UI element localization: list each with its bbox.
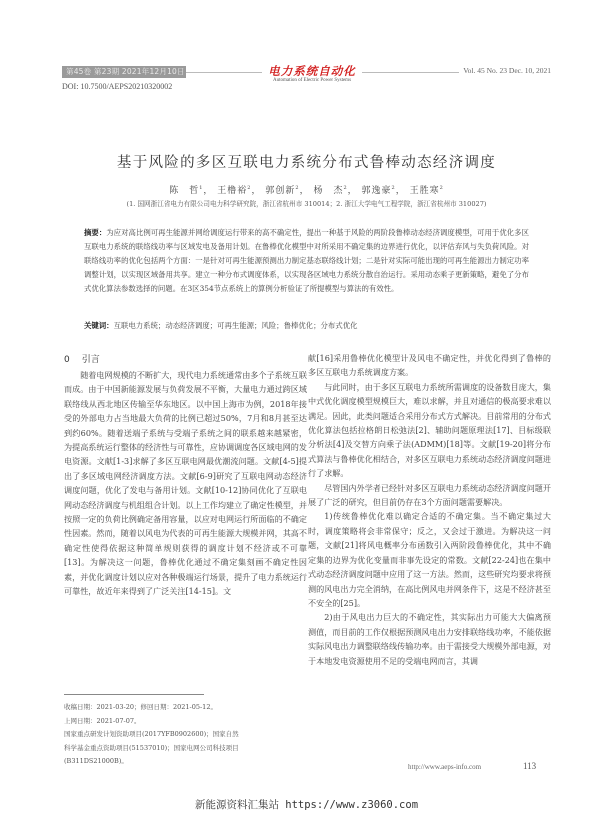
body-column-left: 随着电网规模的不断扩大，现代电力系统通常由多个子系统互联而成。由于中国新能源发展…: [64, 368, 307, 599]
author: 郭创新2: [265, 186, 299, 196]
journal-logo-cn: 电力系统自动化: [262, 63, 362, 79]
paragraph: 与此同时，由于多区互联电力系统所需调度的设备数目庞大，集中式优化调度模型规模巨大…: [308, 380, 551, 481]
body-column-right: 献[16]采用鲁棒优化模型计及风电不确定性，并优化得到了鲁棒的多区互联电力系统调…: [308, 351, 551, 668]
footer-url[interactable]: http://www.aeps-info.com: [408, 763, 481, 771]
abstract-label: 摘要：: [84, 228, 106, 237]
footnote-funding: (B311DS21000B)。: [64, 755, 307, 769]
journal-name-en: Automation of Electric Power Systems: [250, 78, 374, 83]
section-heading: 0引言: [64, 352, 100, 365]
abstract-text: 为应对高比例可再生能源并网给调度运行带来的高不确定性，提出一种基于风险的两阶段鲁…: [84, 228, 529, 293]
page-number: 113: [523, 761, 536, 771]
paper-title: 基于风险的多区互联电力系统分布式鲁棒动态经济调度: [0, 151, 613, 172]
footnote-funding: 国家重点研发计划资助项目(2017YFB0902600)；国家自然: [64, 728, 307, 742]
abstract: 摘要：为应对高比例可再生能源并网给调度运行带来的高不确定性，提出一种基于风险的两…: [84, 226, 529, 296]
volume-info: Vol. 45 No. 23 Dec. 10, 2021: [459, 66, 551, 75]
paragraph: 尽管国内外学者已经针对多区互联电力系统动态经济调度问题开展了广泛的研究，但目前仍…: [308, 481, 551, 510]
watermark: 新能源资料汇集站 https://www.z3060.com: [0, 797, 613, 812]
section-title: 引言: [82, 355, 100, 365]
issue-bar: 第45卷 第23期 2021年12月10日: [62, 66, 186, 78]
footnote-received: 收稿日期：2021-03-20；修回日期：2021-05-12。: [64, 701, 307, 715]
author: 王胜寒2: [410, 186, 444, 196]
author: 杨 杰2: [313, 186, 347, 196]
keywords-label: 关键词：: [84, 321, 114, 330]
author: 陈 哲1: [169, 186, 203, 196]
footnote-funding: 科学基金重点资助项目(51537010)；国家电网公司科技项目: [64, 742, 307, 756]
author: 王橹裕2: [217, 186, 251, 196]
keywords-text: 互联电力系统；动态经济调度；可再生能源；风险；鲁棒优化；分布式优化: [114, 321, 358, 330]
paragraph: 随着电网规模的不断扩大，现代电力系统通常由多个子系统互联而成。由于中国新能源发展…: [64, 368, 307, 599]
author-list: 陈 哲1， 王橹裕2， 郭创新2， 杨 杰2， 郭逸豪2， 王胜寒2: [0, 183, 613, 196]
section-number: 0: [64, 355, 70, 365]
footnote-rule: [64, 694, 204, 695]
paragraph: 1)传统鲁棒优化难以确定合适的不确定集。当不确定集过大时，调度策略将会非常保守；…: [308, 509, 551, 610]
footnotes: 收稿日期：2021-03-20；修回日期：2021-05-12。 上网日期：20…: [64, 701, 307, 769]
paragraph: 2)由于风电出力巨大的不确定性，其实际出力可能大大偏离预测值，而目前的工作仅根据…: [308, 610, 551, 668]
author: 郭逸豪2: [362, 186, 396, 196]
keywords: 关键词：互联电力系统；动态经济调度；可再生能源；风险；鲁棒优化；分布式优化: [84, 320, 529, 331]
footnote-online: 上网日期：2021-07-07。: [64, 715, 307, 729]
paragraph: 献[16]采用鲁棒优化模型计及风电不确定性，并优化得到了鲁棒的多区互联电力系统调…: [308, 351, 551, 380]
affiliations: (1. 国网浙江省电力有限公司电力科学研究院，浙江省杭州市 310014；2. …: [0, 198, 613, 208]
doi: DOI: 10.7500/AEPS20210320002: [62, 82, 172, 91]
